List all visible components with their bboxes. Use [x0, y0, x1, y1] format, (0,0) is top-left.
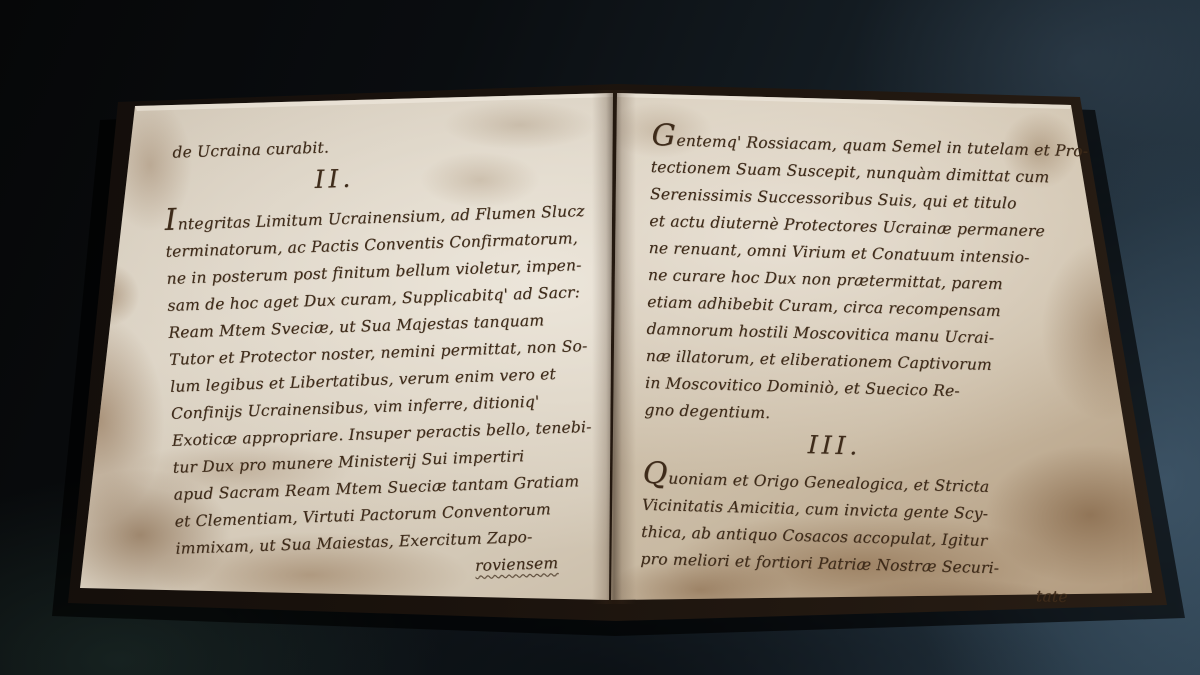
left-page-text: de Ucraina curabit. II. Integritas Limit…: [162, 125, 629, 590]
right-page-text: Gentemq' Rossiacam, quam Semel in tutela…: [639, 122, 1103, 612]
manuscript-display-photo: de Ucraina curabit. II. Integritas Limit…: [0, 0, 1200, 675]
